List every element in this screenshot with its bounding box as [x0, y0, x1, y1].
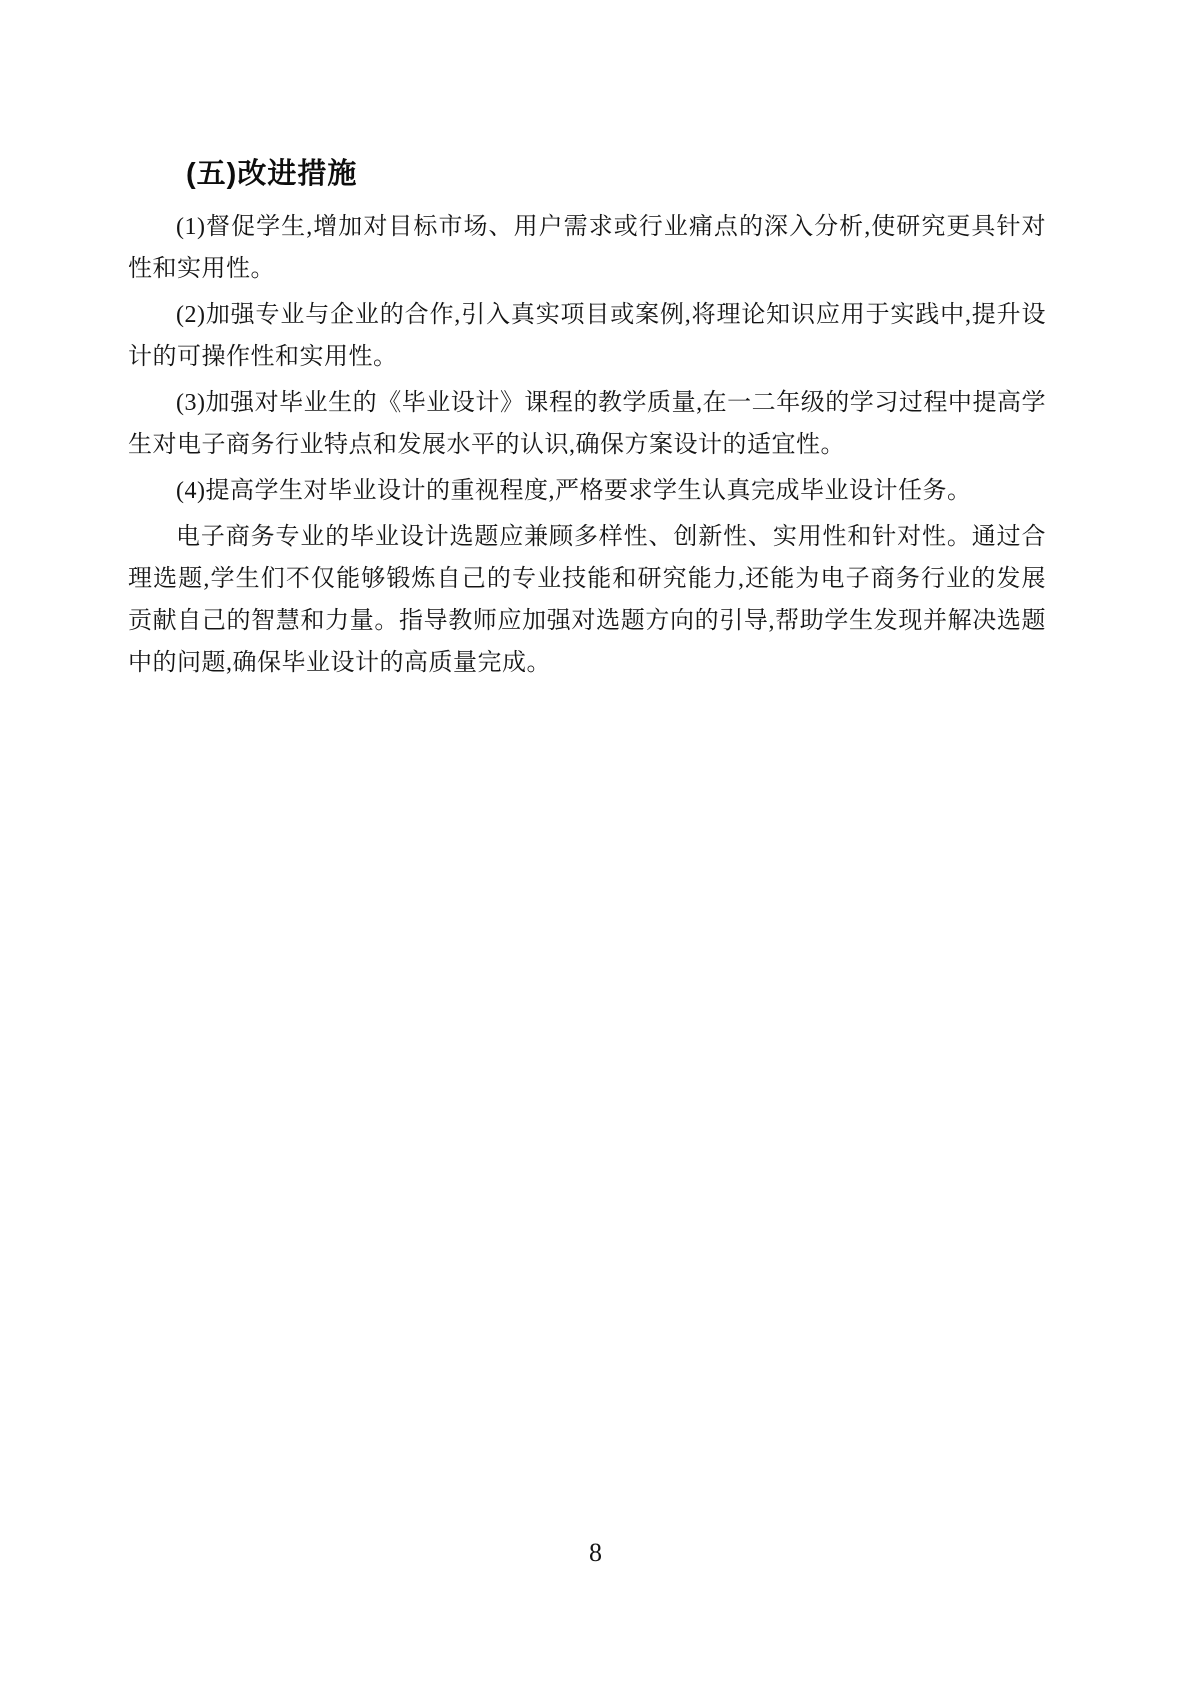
paragraph-improvement-4: (4)提高学生对毕业设计的重视程度,严格要求学生认真完成毕业设计任务。: [128, 470, 1046, 512]
paragraph-conclusion: 电子商务专业的毕业设计选题应兼顾多样性、创新性、实用性和针对性。通过合理选题,学…: [128, 516, 1046, 684]
page-number: 8: [0, 1538, 1191, 1568]
document-page: (五)改进措施 (1)督促学生,增加对目标市场、用户需求或行业痛点的深入分析,使…: [0, 0, 1191, 1684]
section-heading: (五)改进措施: [128, 150, 1046, 198]
paragraph-improvement-3: (3)加强对毕业生的《毕业设计》课程的教学质量,在一二年级的学习过程中提高学生对…: [128, 382, 1046, 466]
paragraph-improvement-1: (1)督促学生,增加对目标市场、用户需求或行业痛点的深入分析,使研究更具针对性和…: [128, 206, 1046, 290]
paragraph-improvement-2: (2)加强专业与企业的合作,引入真实项目或案例,将理论知识应用于实践中,提升设计…: [128, 294, 1046, 378]
